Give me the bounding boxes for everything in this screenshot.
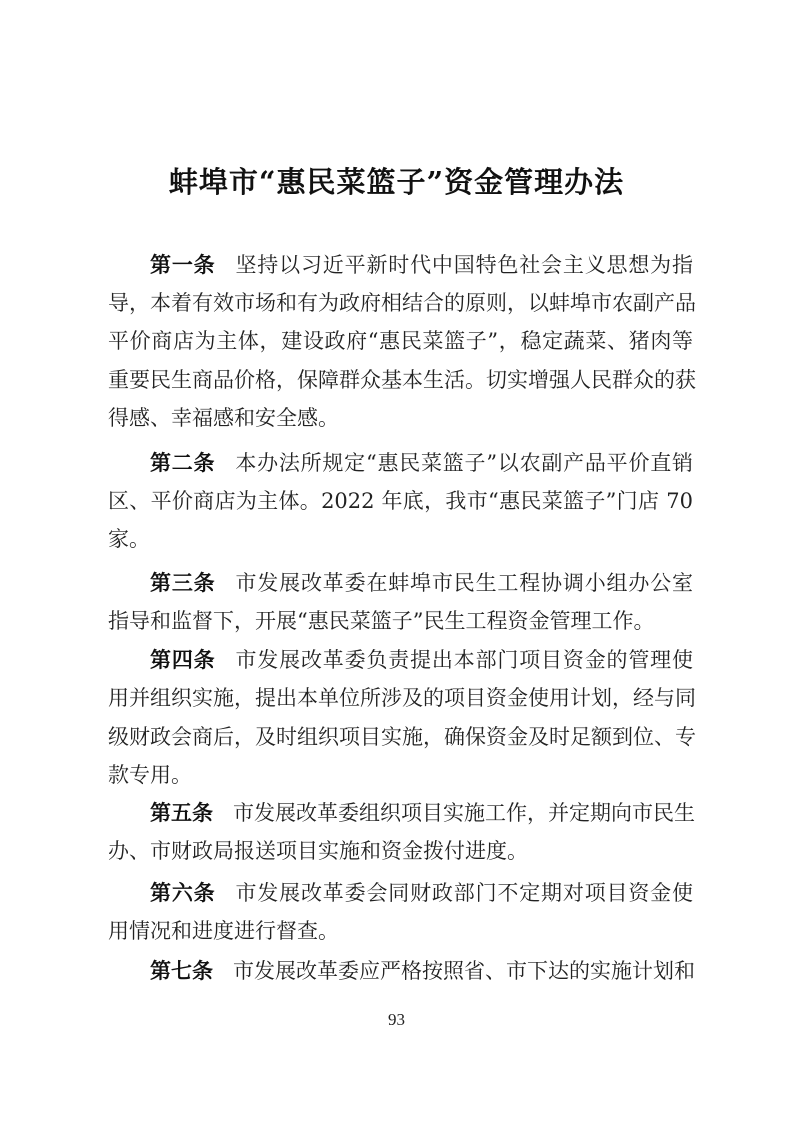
article-3-line-2: 指导和监督下，开展“惠民菜篮子”民生工程资金管理工作。	[108, 604, 693, 638]
article-6-line-1: 第六条市发展改革委会同财政部门不定期对项目资金使	[150, 876, 693, 910]
article-4-line-4: 款专用。	[108, 758, 693, 792]
article-2-label: 第二条	[150, 451, 215, 475]
article-1-line-4: 重要民生商品价格，保障群众基本生活。切实增强人民群众的获	[108, 363, 693, 397]
article-5-line-1: 第五条市发展改革委组织项目实施工作，并定期向市民生	[150, 796, 693, 830]
article-4-line-1: 第四条市发展改革委负责提出本部门项目资金的管理使	[150, 643, 693, 677]
document-page: 蚌埠市“惠民菜篮子”资金管理办法 第一条坚持以习近平新时代中国特色社会主义思想为…	[0, 0, 793, 1122]
article-1-line-5: 得感、幸福感和安全感。	[108, 401, 693, 435]
article-6-label: 第六条	[150, 881, 215, 905]
document-title: 蚌埠市“惠民菜篮子”资金管理办法	[0, 160, 793, 201]
article-2-line-1: 第二条本办法所规定“惠民菜篮子”以农副产品平价直销	[150, 446, 693, 480]
article-4-line-2: 用并组织实施，提出本单位所涉及的项目资金使用计划，经与同	[108, 681, 693, 715]
page-number: 93	[0, 1010, 793, 1030]
article-1-line-1: 第一条坚持以习近平新时代中国特色社会主义思想为指	[150, 248, 693, 282]
article-5-line-2: 办、市财政局报送项目实施和资金拨付进度。	[108, 834, 693, 868]
article-1-line-2: 导，本着有效市场和有为政府相结合的原则，以蚌埠市农副产品	[108, 286, 693, 320]
article-4-line-3: 级财政会商后，及时组织项目实施，确保资金及时足额到位、专	[108, 720, 693, 754]
article-7-label: 第七条	[150, 959, 213, 983]
article-7-line-1: 第七条市发展改革委应严格按照省、市下达的实施计划和	[150, 954, 693, 988]
article-3-line-1: 第三条市发展改革委在蚌埠市民生工程协调小组办公室	[150, 566, 693, 600]
article-3-label: 第三条	[150, 571, 215, 595]
article-4-label: 第四条	[150, 648, 215, 672]
article-2-line-3: 家。	[108, 522, 693, 556]
article-5-label: 第五条	[150, 801, 213, 825]
article-1-line-3: 平价商店为主体，建设政府“惠民菜篮子”，稳定蔬菜、猪肉等	[108, 324, 693, 358]
article-6-line-2: 用情况和进度进行督查。	[108, 914, 693, 948]
article-2-line-2: 区、平价商店为主体。2022 年底，我市“惠民菜篮子”门店 70	[108, 484, 693, 518]
article-1-label: 第一条	[150, 253, 215, 277]
